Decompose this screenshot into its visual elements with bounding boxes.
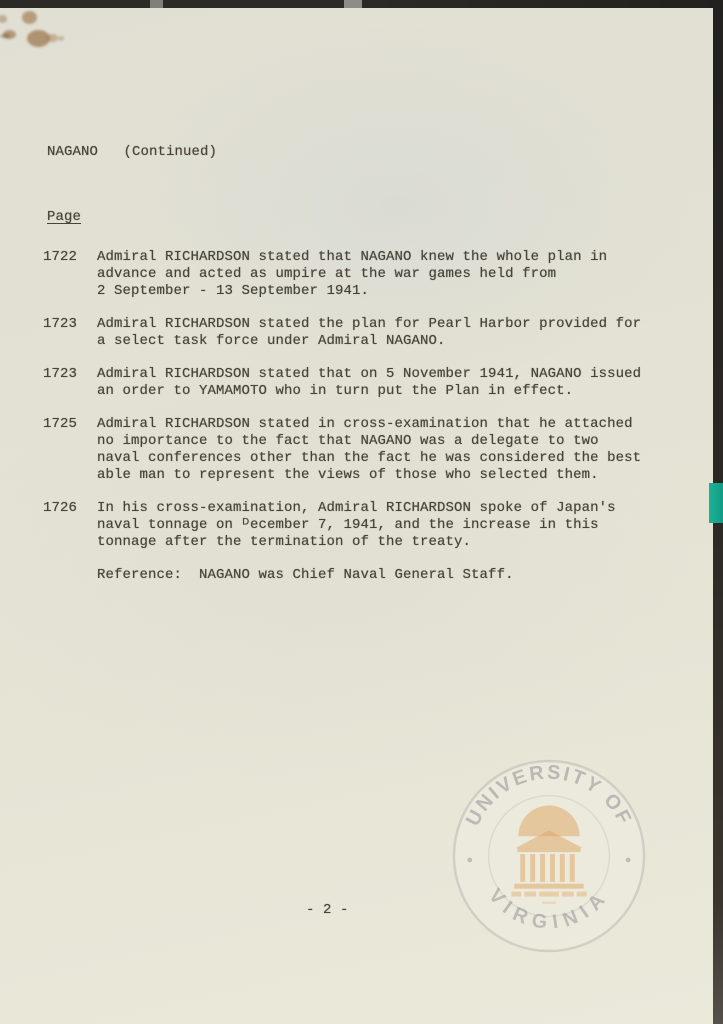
entry-text: Admiral RICHARDSON stated in cross-exami… [97, 416, 663, 484]
entry-text: Admiral RICHARDSON stated that on 5 Nove… [97, 366, 663, 400]
scan-stain [0, 15, 7, 23]
seal-outer-ring [454, 761, 644, 951]
toc-entry: 1726 In his cross-examination, Admiral R… [43, 500, 663, 551]
seal-dot-left [467, 858, 472, 863]
footer-page-number: - 2 - [306, 902, 349, 919]
entry-page-number: 1722 [43, 249, 97, 300]
seal-arc-bottom-text: VIRGINIA [484, 885, 614, 934]
scan-stain [22, 11, 37, 24]
scanned-page: NAGANO (Continued) Page 1722 Admiral RIC… [0, 0, 723, 1024]
scan-stain [0, 34, 10, 38]
toc-entry: 1722 Admiral RICHARDSON stated that NAGA… [43, 249, 663, 300]
entry-page-number: 1726 [43, 500, 97, 551]
toc-entry: 1723 Admiral RICHARDSON stated that on 5… [43, 366, 663, 400]
seal-inner-ring [489, 796, 610, 917]
toc-entry-list: 1722 Admiral RICHARDSON stated that NAGA… [43, 249, 663, 584]
seal-dot-right [626, 858, 631, 863]
entry-page-number: 1723 [43, 316, 97, 350]
entry-page-number: 1723 [43, 366, 97, 400]
entry-text: In his cross-examination, Admiral RICHAR… [97, 500, 663, 551]
entry-text: Admiral RICHARDSON stated that NAGANO kn… [97, 249, 663, 300]
scan-edge-top [0, 0, 723, 8]
entry-page-number: 1725 [43, 416, 97, 484]
page-column-label: Page [47, 209, 81, 226]
entry-text: Admiral RICHARDSON stated the plan for P… [97, 316, 663, 350]
document-header: NAGANO (Continued) [47, 144, 217, 161]
teal-bookmark-tab [709, 483, 723, 523]
uva-seal-watermark: UNIVERSITY OF VIRGINIA [450, 757, 648, 955]
toc-entry: 1725 Admiral RICHARDSON stated in cross-… [43, 416, 663, 484]
seal-arc-top-text: UNIVERSITY OF [462, 761, 636, 829]
toc-entry: 1723 Admiral RICHARDSON stated the plan … [43, 316, 663, 350]
scan-stain [58, 36, 64, 41]
reference-note: Reference: NAGANO was Chief Naval Genera… [97, 567, 663, 584]
rotunda-icon [511, 806, 586, 904]
scan-stain [47, 34, 58, 42]
